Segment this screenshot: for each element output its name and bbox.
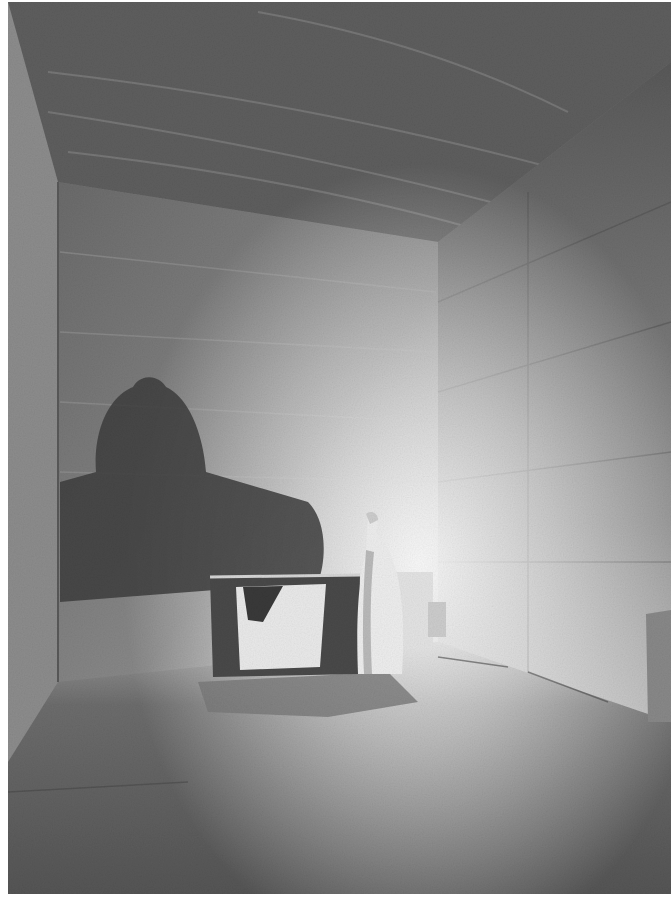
chamber-scene: [8, 2, 671, 894]
right-block: [646, 610, 671, 722]
photograph: [8, 2, 671, 894]
sarcophagus: [210, 575, 360, 677]
